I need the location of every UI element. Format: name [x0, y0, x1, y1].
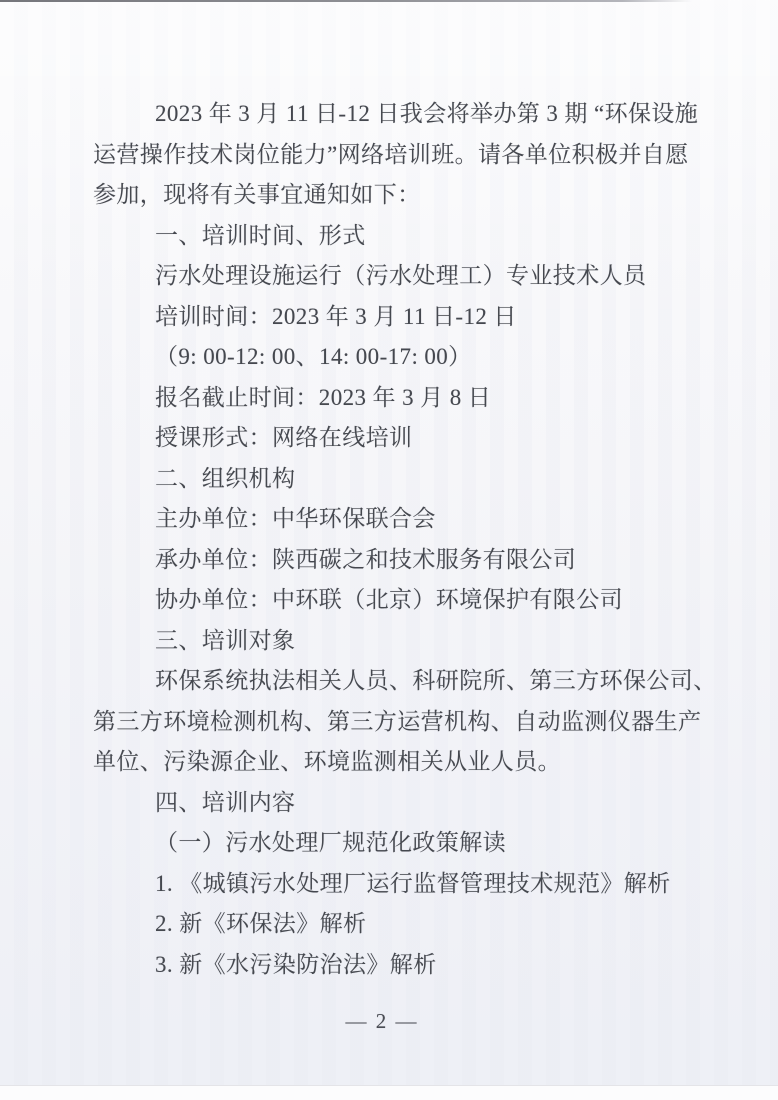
text-line: 环保系统执法相关人员、科研院所、第三方环保公司、 [93, 661, 721, 702]
text-line: （9: 00-12: 00、14: 00-17: 00） [93, 337, 721, 378]
text-line: 主办单位：中华环保联合会 [93, 499, 721, 540]
document-page: 2023 年 3 月 11 日-12 日我会将举办第 3 期 “环保设施运营操作… [0, 0, 778, 1100]
text-line: 协办单位：中环联（北京）环境保护有限公司 [93, 580, 721, 621]
text-line: 二、组织机构 [93, 459, 721, 500]
text-line: 2. 新《环保法》解析 [93, 904, 721, 945]
text-line: 2023 年 3 月 11 日-12 日我会将举办第 3 期 “环保设施 [93, 94, 721, 135]
text-line: 培训时间：2023 年 3 月 11 日-12 日 [93, 297, 721, 338]
document-body: 2023 年 3 月 11 日-12 日我会将举办第 3 期 “环保设施运营操作… [93, 94, 721, 985]
text-line: 3. 新《水污染防治法》解析 [93, 945, 721, 986]
text-line: 三、培训对象 [93, 621, 721, 662]
text-line: 四、培训内容 [93, 783, 721, 824]
text-line: 第三方环境检测机构、第三方运营机构、自动监测仪器生产 [93, 702, 721, 743]
text-line: 报名截止时间：2023 年 3 月 8 日 [93, 378, 721, 419]
scan-edge-top [0, 0, 692, 2]
text-line: 参加，现将有关事宜通知如下： [93, 175, 721, 216]
text-line: 授课形式：网络在线培训 [93, 418, 721, 459]
text-line: 运营操作技术岗位能力”网络培训班。请各单位积极并自愿 [93, 135, 721, 176]
text-line: 一、培训时间、形式 [93, 216, 721, 257]
text-line: （一）污水处理厂规范化政策解读 [93, 823, 721, 864]
page-number: — 2 — [0, 1009, 764, 1034]
scan-edge-bottom [0, 1085, 778, 1100]
text-line: 污水处理设施运行（污水处理工）专业技术人员 [93, 256, 721, 297]
text-line: 1. 《城镇污水处理厂运行监督管理技术规范》解析 [93, 864, 721, 905]
text-line: 单位、污染源企业、环境监测相关从业人员。 [93, 742, 721, 783]
text-line: 承办单位：陕西碳之和技术服务有限公司 [93, 540, 721, 581]
